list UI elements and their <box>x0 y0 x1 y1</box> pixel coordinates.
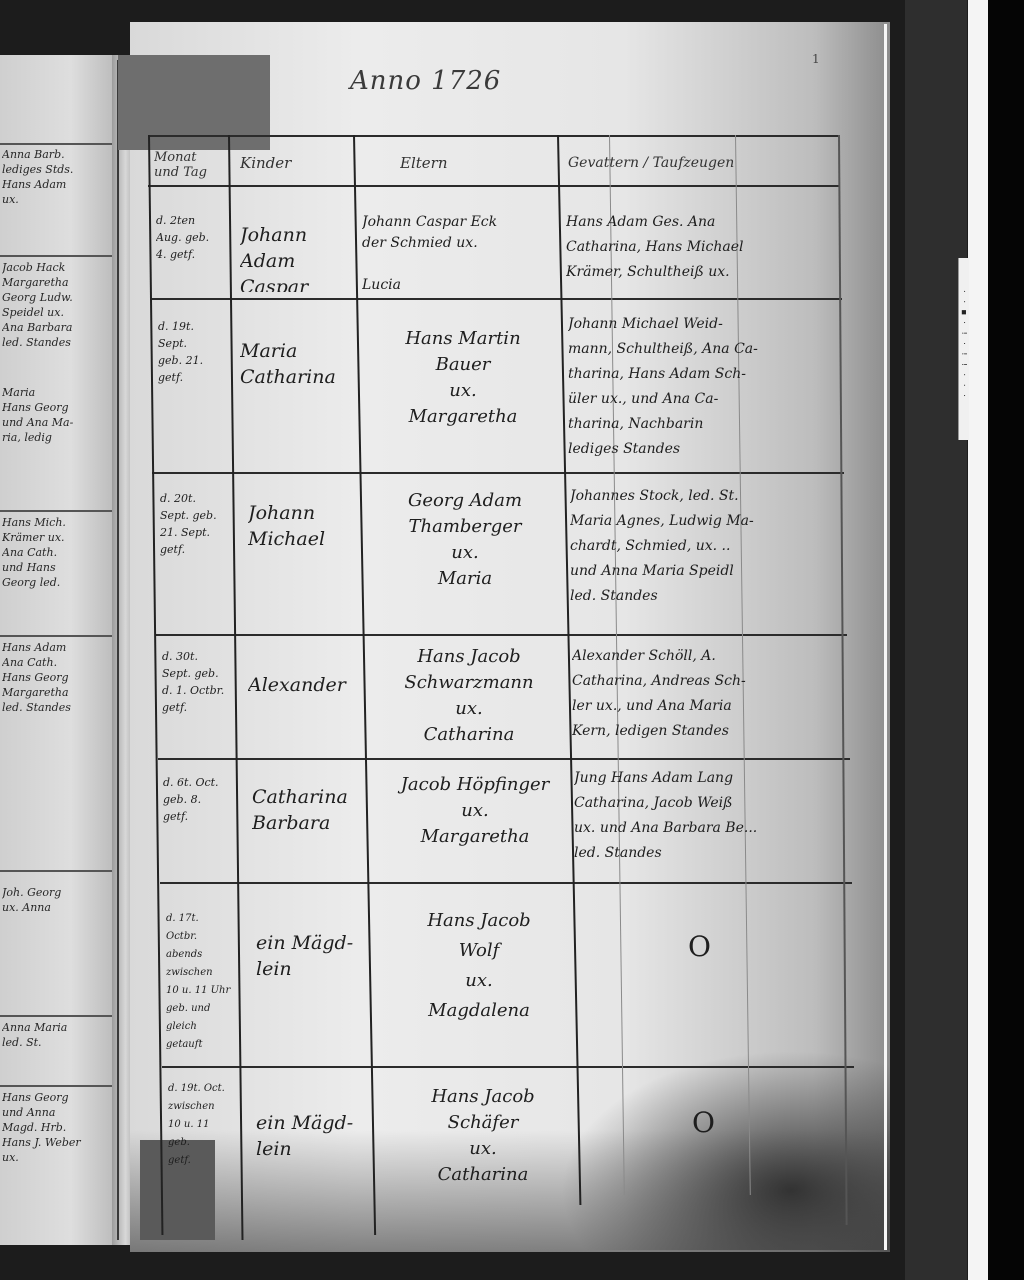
entry-parents: Hans Martin Bauer ux. Margaretha <box>370 326 556 466</box>
entry-date: d. 17t. Octbr. abends zwischen 10 u. 11 … <box>166 910 242 1060</box>
left-page-entry: Jacob Hack Margaretha Georg Ludw. Speide… <box>2 260 110 360</box>
film-frame-label: · · ■ · ! · ! ! · · · <box>958 258 969 440</box>
left-page-entry: Joh. Georg ux. Anna <box>2 885 110 1005</box>
paper-tab <box>118 55 270 150</box>
left-page-rule <box>0 1085 112 1087</box>
entry-sponsors: O <box>688 930 728 970</box>
page-number: 1 <box>812 52 820 66</box>
entry-date: d. 30t. Sept. geb. d. 1. Octbr. getf. <box>162 648 236 748</box>
column-header-child: Kinder <box>240 156 350 180</box>
entry-date: d. 2ten Aug. geb. 4. getf. <box>156 212 226 294</box>
column-header-sponsors: Gevattern / Taufzeugen <box>568 156 836 180</box>
entry-sponsors: Johann Michael Weid- mann, Schultheiß, A… <box>568 312 840 470</box>
entry-sponsors: O <box>692 1106 732 1146</box>
entry-parents: Hans Jacob Schwarzmann ux. Catharina <box>376 644 562 756</box>
entry-sponsors: Hans Adam Ges. Ana Catharina, Hans Micha… <box>566 210 838 296</box>
entry-date: d. 19t. Sept. geb. 21. getf. <box>158 318 228 418</box>
entry-child: ein Mägd- lein <box>256 1110 372 1180</box>
entry-sponsors: Johannes Stock, led. St. Maria Agnes, Lu… <box>570 484 842 630</box>
left-page-rule <box>0 255 112 257</box>
column-header-date: Monat und Tag <box>154 150 226 184</box>
entry-parents: Georg Adam Thamberger ux. Maria <box>372 488 558 630</box>
entry-date: d. 20t. Sept. geb. 21. Sept. getf. <box>160 490 232 590</box>
left-page-rule <box>0 1015 112 1017</box>
entry-sponsors: Jung Hans Adam Lang Catharina, Jacob Wei… <box>574 766 846 876</box>
entry-child: Johann Adam Caspar <box>240 222 352 292</box>
entry-date: d. 19t. Oct. zwischen 10 u. 11 geb. getf… <box>168 1080 244 1180</box>
entry-parents: Hans Jacob Wolf ux. Magdalena <box>384 906 574 1056</box>
film-edge <box>968 0 988 1280</box>
left-page-rule <box>0 510 112 512</box>
left-page-entry: Hans Georg und Anna Magd. Hrb. Hans J. W… <box>2 1090 110 1240</box>
entry-parents: Jacob Höpfinger ux. Margaretha <box>380 772 570 876</box>
entry-child: Alexander <box>248 672 364 712</box>
entry-child: Johann Michael <box>248 500 360 570</box>
left-page-entry: Anna Maria led. St. <box>2 1020 110 1080</box>
entry-child: ein Mägd- lein <box>256 930 372 1000</box>
column-header-parents: Eltern <box>400 156 550 180</box>
left-facing-page: Anna Barb. lediges Stds. Hans Adam ux. J… <box>0 55 118 1245</box>
gutter-rule <box>117 60 119 1240</box>
left-page-entry: Hans Adam Ana Cath. Hans Georg Margareth… <box>2 640 110 865</box>
left-page-entry: Maria Hans Georg und Ana Ma- ria, ledig <box>2 385 110 505</box>
entry-sponsors: Alexander Schöll, A. Catharina, Andreas … <box>572 644 844 754</box>
entry-child: Catharina Barbara <box>252 784 368 854</box>
entry-parents: Johann Caspar Eck der Schmied ux. Lucia <box>362 212 554 296</box>
left-page-rule <box>0 870 112 872</box>
entry-child: Maria Catharina <box>240 338 352 408</box>
page-edge <box>884 24 887 1250</box>
page-heading: Anno 1726 <box>350 66 610 106</box>
film-frame-label-text: · · ■ · ! · ! ! · · · <box>960 253 968 435</box>
left-page-entry: Hans Mich. Krämer ux. Ana Cath. und Hans… <box>2 515 110 630</box>
left-page-rule <box>0 635 112 637</box>
film-border <box>988 0 1024 1280</box>
left-page-rule <box>0 143 112 145</box>
film-margin <box>905 0 967 1280</box>
entry-date: d. 6t. Oct. geb. 8. getf. <box>163 774 237 864</box>
left-page-entry: Anna Barb. lediges Stds. Hans Adam ux. <box>2 147 110 252</box>
entry-parents: Hans Jacob Schäfer ux. Catharina <box>388 1084 578 1224</box>
